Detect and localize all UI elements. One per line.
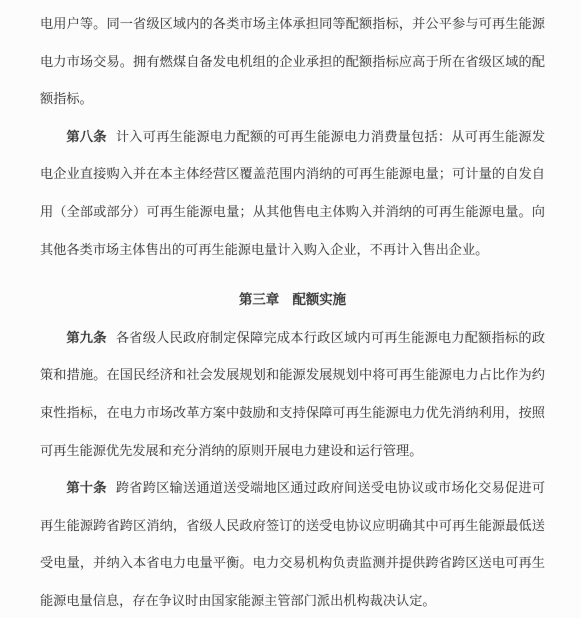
paragraph-continuation: 电用户等。同一省级区域内的各类市场主体承担同等配额指标，并公平参与可再生能源电力… xyxy=(40,5,545,118)
article-8-label: 第八条 xyxy=(66,129,106,144)
article-9-text: 各省级人民政府制定保障完成本行政区域内可再生能源电力配额指标的政策和措施。在国民… xyxy=(40,330,545,458)
article-9-label: 第九条 xyxy=(66,330,106,345)
paragraph-continuation-text: 电用户等。同一省级区域内的各类市场主体承担同等配额指标，并公平参与可再生能源电力… xyxy=(40,16,545,106)
article-10-label: 第十条 xyxy=(66,480,106,495)
document-page: 电用户等。同一省级区域内的各类市场主体承担同等配额指标，并公平参与可再生能源电力… xyxy=(0,0,581,618)
article-10-text: 跨省跨区输送通道送受端地区通过政府间送受电协议或市场化交易促进可再生能源跨省跨区… xyxy=(40,480,545,608)
article-10-paragraph: 第十条跨省跨区输送通道送受端地区通过政府间送受电协议或市场化交易促进可再生能源跨… xyxy=(40,469,545,618)
article-9-paragraph: 第九条各省级人民政府制定保障完成本行政区域内可再生能源电力配额指标的政策和措施。… xyxy=(40,319,545,469)
article-8-text: 计入可再生能源电力配额的可再生能源电力消费量包括：从可再生能源发电企业直接购入并… xyxy=(40,129,545,257)
chapter-3-heading: 第三章 配额实施 xyxy=(40,281,545,319)
article-8-paragraph: 第八条计入可再生能源电力配额的可再生能源电力消费量包括：从可再生能源发电企业直接… xyxy=(40,118,545,268)
